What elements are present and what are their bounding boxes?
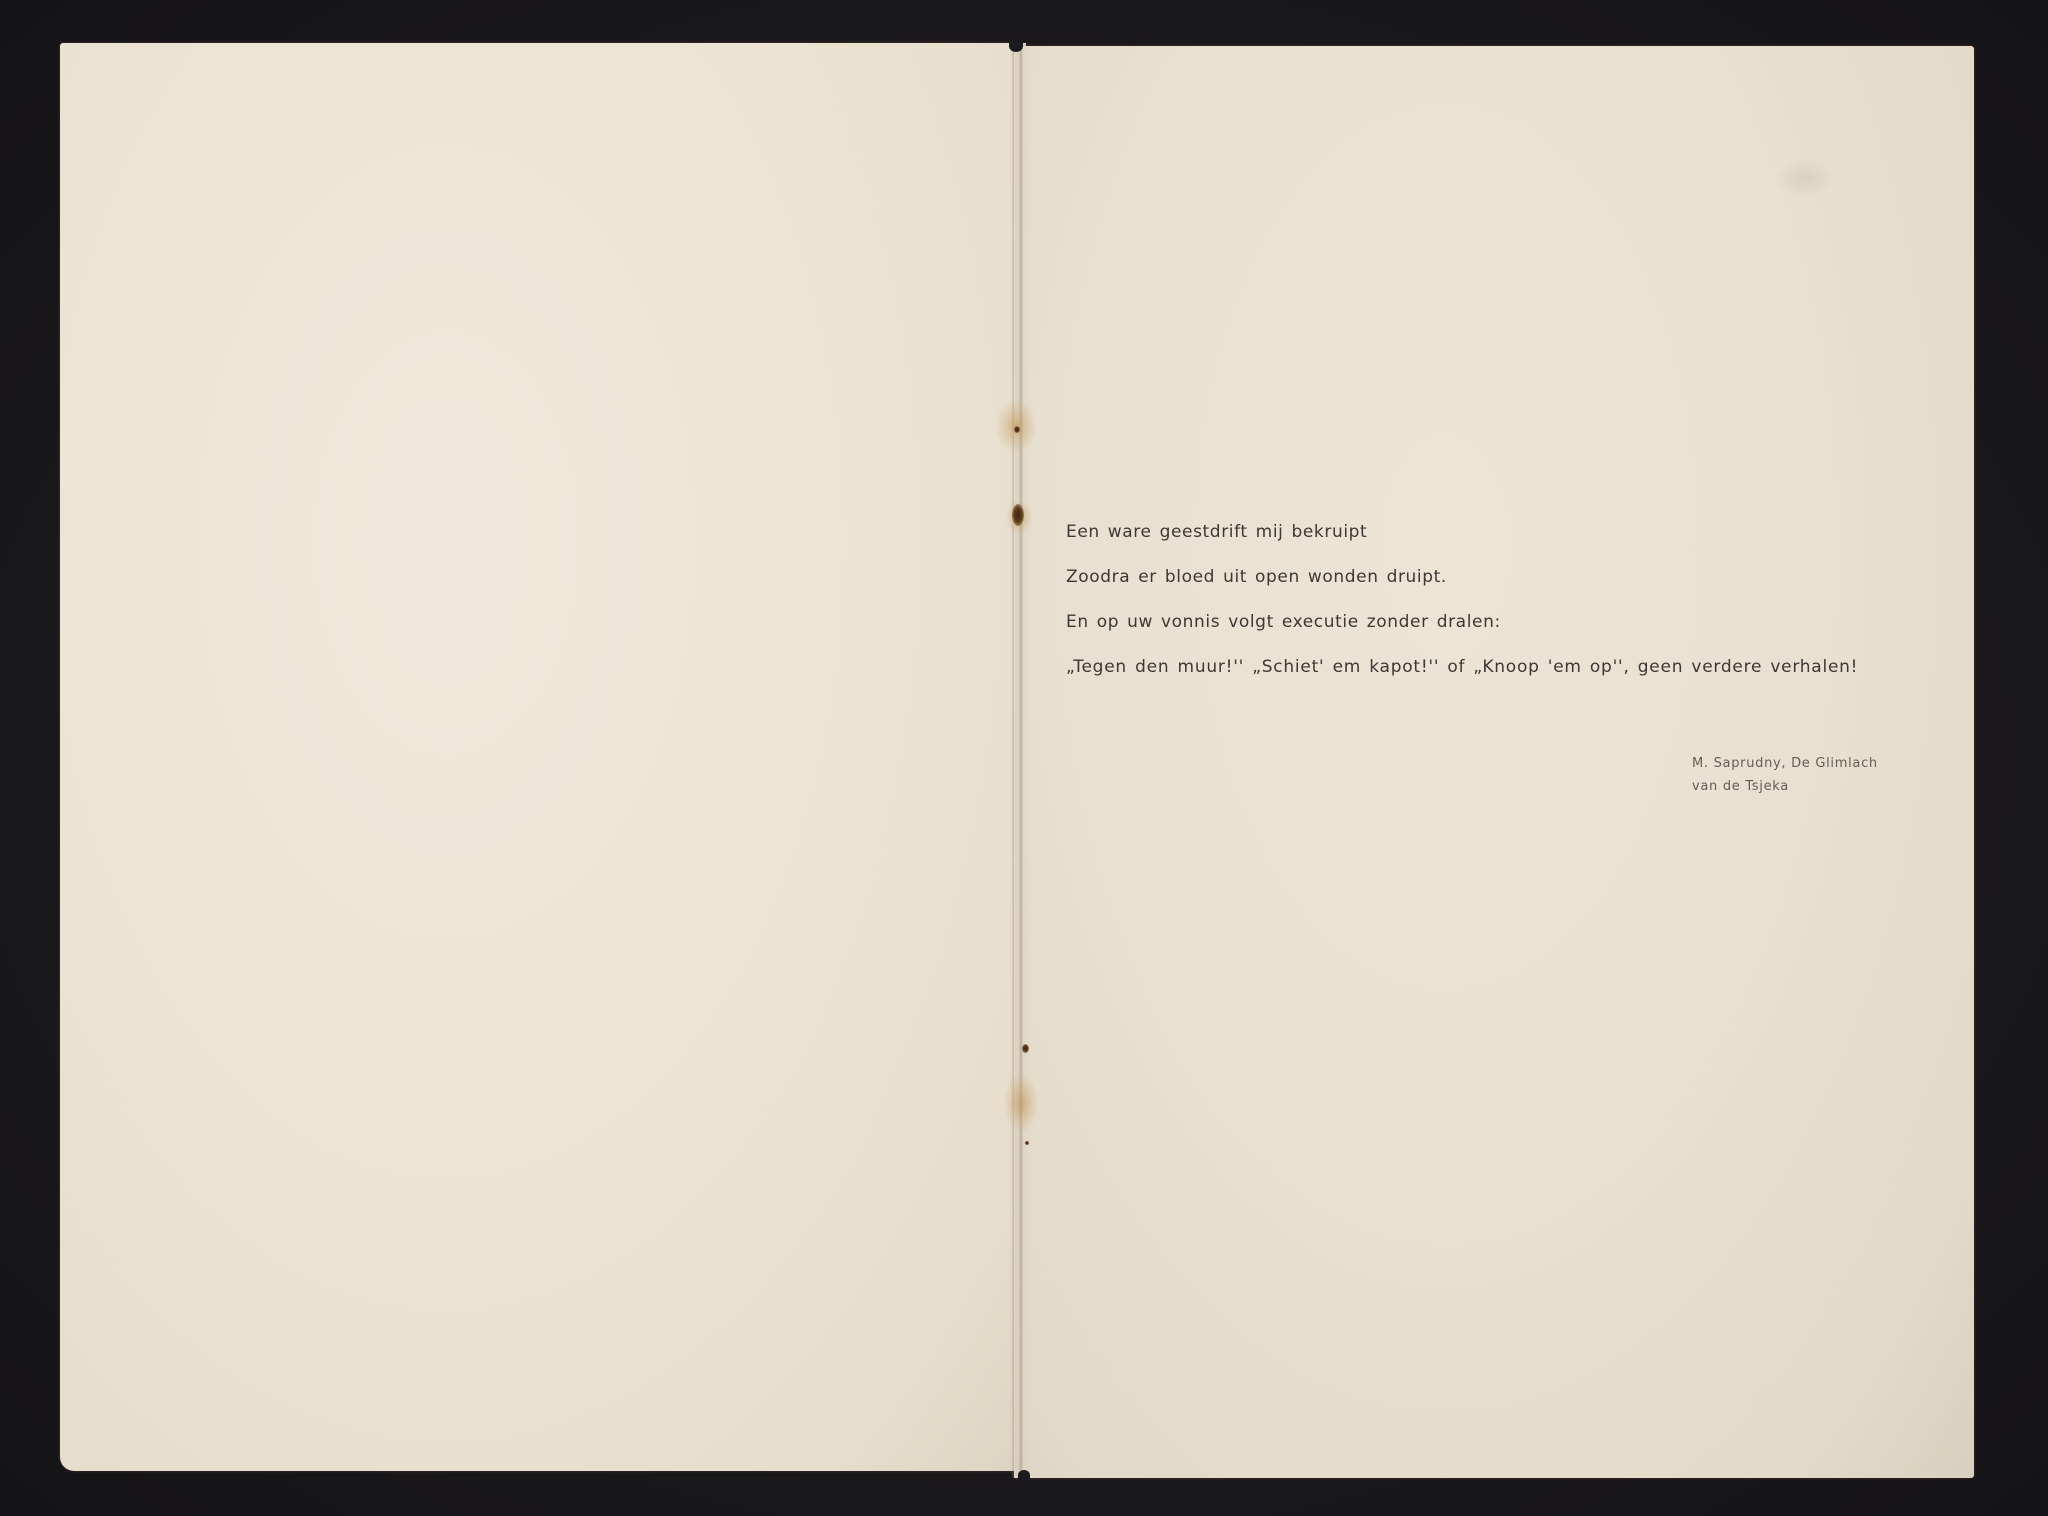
rust-stain-lower-speck: [1025, 1141, 1029, 1145]
poem-line-4: „Tegen den muur!'' „Schiet' em kapot!'' …: [1066, 652, 1858, 697]
rust-stain-upper2-hole: [1012, 504, 1024, 526]
show-through-mark: [1775, 158, 1835, 198]
attribution-title-cont: van de Tsjeka: [1692, 775, 1878, 798]
rust-stain-lower-dot: [1022, 1044, 1029, 1053]
rust-stain-upper-dot: [1014, 426, 1020, 433]
attribution-author-title: M. Saprudny, De Glimlach: [1692, 752, 1878, 775]
poem-block: Een ware geestdrift mij bekruipt Zoodra …: [1066, 517, 1858, 697]
booklet-spine: [1010, 46, 1032, 1478]
attribution-block: M. Saprudny, De Glimlach van de Tsjeka: [1692, 752, 1878, 798]
spine-notch-bottom: [1018, 1470, 1030, 1480]
left-page-blank: [60, 43, 1026, 1471]
rust-stain-lower-halo: [1004, 1074, 1038, 1132]
spine-notch-top: [1009, 40, 1023, 52]
poem-line-3: En op uw vonnis volgt executie zonder dr…: [1066, 607, 1858, 652]
poem-line-2: Zoodra er bloed uit open wonden druipt.: [1066, 562, 1858, 607]
poem-line-1: Een ware geestdrift mij bekruipt: [1066, 517, 1858, 562]
